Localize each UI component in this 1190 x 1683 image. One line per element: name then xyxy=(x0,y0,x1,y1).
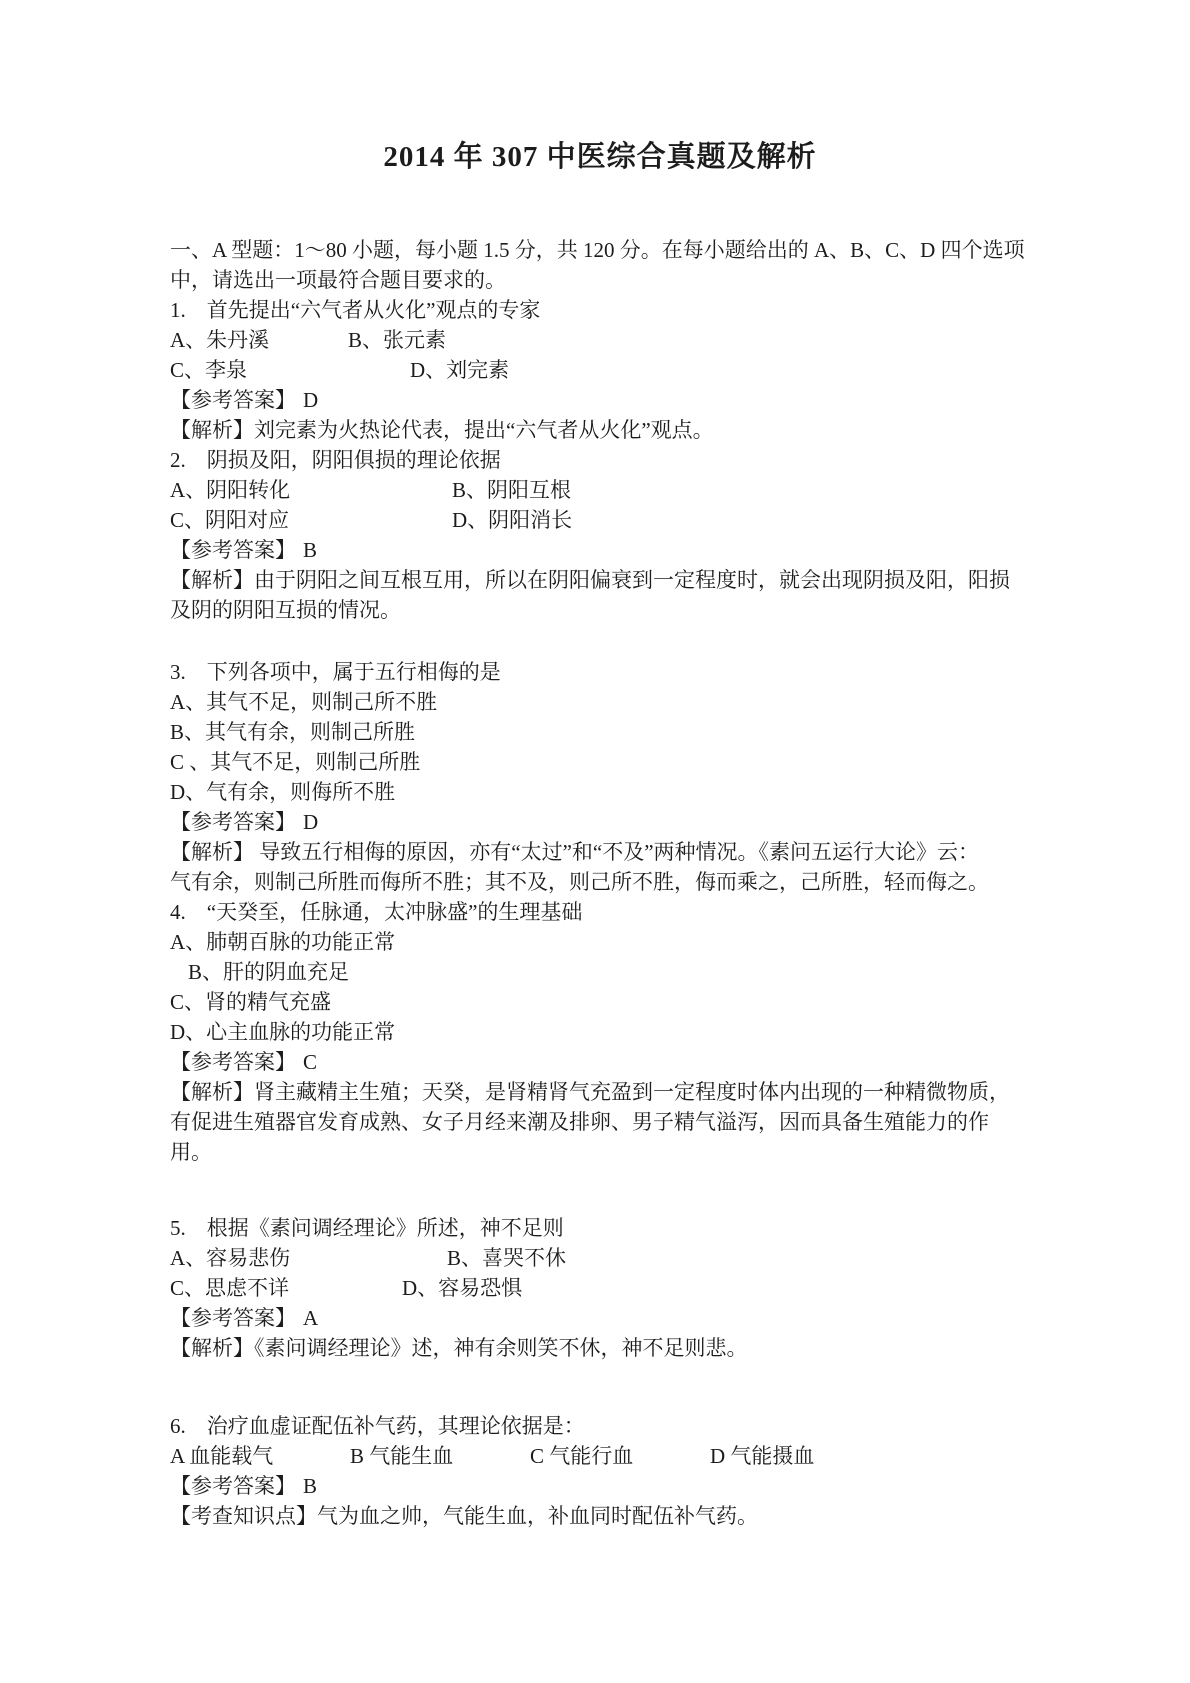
q5-analysis-line-1: 【解析】《素问调经理论》述，神有余则笑不休，神不足则悲。 xyxy=(170,1333,1030,1363)
q6-answer-line: 【参考答案】B xyxy=(170,1471,1030,1501)
q5-answer-line: 【参考答案】A xyxy=(170,1303,1030,1333)
q5-option-c: C、思虑不详 xyxy=(170,1273,402,1303)
q4-answer-line: 【参考答案】C xyxy=(170,1047,1030,1077)
question-2: 2. 阴损及阳，阴阳俱损的理论依据 A、阴阳转化B、阴阳互根 C、阴阳对应D、阴… xyxy=(170,445,1030,625)
q1-analysis-line-1: 【解析】刘完素为火热论代表，提出“六气者从火化”观点。 xyxy=(170,415,1030,445)
question-6: 6. 治疗血虚证配伍补气药，其理论依据是： A 血能载气B 气能生血C 气能行血… xyxy=(170,1411,1030,1531)
question-4: 4. “天癸至，任脉通，太冲脉盛”的生理基础 A、肺朝百脉的功能正常 B、肝的阴… xyxy=(170,897,1030,1167)
q1-option-b: B、张元素 xyxy=(348,325,446,355)
q5-option-b: B、喜哭不休 xyxy=(447,1243,566,1273)
q3-answer-value: D xyxy=(303,810,318,834)
question-3: 3. 下列各项中，属于五行相侮的是 A、其气不足，则制己所不胜 B、其气有余，则… xyxy=(170,657,1030,897)
q3-stem: 3. 下列各项中，属于五行相侮的是 xyxy=(170,657,1030,687)
q4-answer-label: 【参考答案】 xyxy=(170,1050,296,1074)
q1-option-d: D、刘完素 xyxy=(410,355,509,385)
page-title: 2014 年 307 中医综合真题及解析 xyxy=(170,134,1030,175)
q5-answer-value: A xyxy=(303,1306,318,1330)
q2-option-c: C、阴阳对应 xyxy=(170,505,452,535)
question-5: 5. 根据《素问调经理论》所述，神不足则 A、容易悲伤B、喜哭不休 C、思虑不详… xyxy=(170,1213,1030,1363)
q1-option-c: C、李泉 xyxy=(170,355,410,385)
section-intro-line-1: 一、A 型题：1～80 小题，每小题 1.5 分，共 120 分。在每小题给出的… xyxy=(170,235,1030,265)
q4-analysis-line-2: 有促进生殖器官发育成熟、女子月经来潮及排卵、男子精气溢泻，因而具备生殖能力的作用… xyxy=(170,1107,1030,1167)
q6-option-a: A 血能载气 xyxy=(170,1441,350,1471)
q6-option-d: D 气能摄血 xyxy=(710,1441,814,1471)
q2-option-a: A、阴阳转化 xyxy=(170,475,452,505)
q2-answer-line: 【参考答案】B xyxy=(170,535,1030,565)
exam-content: 一、A 型题：1～80 小题，每小题 1.5 分，共 120 分。在每小题给出的… xyxy=(170,235,1030,1531)
q1-options-row-2: C、李泉D、刘完素 xyxy=(170,355,1030,385)
q1-stem: 1. 首先提出“六气者从火化”观点的专家 xyxy=(170,295,1030,325)
q3-analysis-line-2: 气有余，则制己所胜而侮所不胜；其不及，则己所不胜，侮而乘之，己所胜，轻而侮之。 xyxy=(170,867,1030,897)
q3-analysis-line-1: 【解析】 导致五行相侮的原因，亦有“太过”和“不及”两种情况。《素问五运行大论》… xyxy=(170,837,1030,867)
q2-answer-value: B xyxy=(303,538,317,562)
q3-answer-line: 【参考答案】D xyxy=(170,807,1030,837)
q6-answer-value: B xyxy=(303,1474,317,1498)
q1-answer-line: 【参考答案】D xyxy=(170,385,1030,415)
q5-option-a: A、容易悲伤 xyxy=(170,1243,447,1273)
q2-options-row-2: C、阴阳对应D、阴阳消长 xyxy=(170,505,1030,535)
q3-option-b: B、其气有余，则制己所胜 xyxy=(170,717,1030,747)
q1-options-row-1: A、朱丹溪B、张元素 xyxy=(170,325,1030,355)
q2-analysis-line-2: 及阴的阴阳互损的情况。 xyxy=(170,595,1030,625)
q4-answer-value: C xyxy=(303,1050,317,1074)
q6-answer-label: 【参考答案】 xyxy=(170,1474,296,1498)
q6-option-c: C 气能行血 xyxy=(530,1441,710,1471)
q4-option-d: D、心主血脉的功能正常 xyxy=(170,1017,1030,1047)
q5-options-row-1: A、容易悲伤B、喜哭不休 xyxy=(170,1243,1030,1273)
document-page: 2014 年 307 中医综合真题及解析 一、A 型题：1～80 小题，每小题 … xyxy=(0,0,1190,1531)
q4-option-c: C、肾的精气充盛 xyxy=(170,987,1030,1017)
q3-option-c: C 、其气不足，则制己所胜 xyxy=(170,747,1030,777)
q3-option-a: A、其气不足，则制己所不胜 xyxy=(170,687,1030,717)
q1-option-a: A、朱丹溪 xyxy=(170,325,348,355)
q5-options-row-2: C、思虑不详D、容易恐惧 xyxy=(170,1273,1030,1303)
q5-option-d: D、容易恐惧 xyxy=(402,1273,522,1303)
q3-option-d: D、气有余，则侮所不胜 xyxy=(170,777,1030,807)
q1-answer-value: D xyxy=(303,388,318,412)
question-1: 1. 首先提出“六气者从火化”观点的专家 A、朱丹溪B、张元素 C、李泉D、刘完… xyxy=(170,295,1030,445)
q4-stem: 4. “天癸至，任脉通，太冲脉盛”的生理基础 xyxy=(170,897,1030,927)
q2-answer-label: 【参考答案】 xyxy=(170,538,296,562)
q4-analysis-line-1: 【解析】肾主藏精主生殖；天癸，是肾精肾气充盈到一定程度时体内出现的一种精微物质， xyxy=(170,1077,1030,1107)
q4-option-b: B、肝的阴血充足 xyxy=(170,957,1030,987)
section-intro-line-2: 中，请选出一项最符合题目要求的。 xyxy=(170,265,1030,295)
q1-answer-label: 【参考答案】 xyxy=(170,388,296,412)
q2-option-d: D、阴阳消长 xyxy=(452,505,572,535)
q2-stem: 2. 阴损及阳，阴阳俱损的理论依据 xyxy=(170,445,1030,475)
q6-stem: 6. 治疗血虚证配伍补气药，其理论依据是： xyxy=(170,1411,1030,1441)
q6-analysis-line-1: 【考查知识点】气为血之帅，气能生血，补血同时配伍补气药。 xyxy=(170,1501,1030,1531)
q6-option-b: B 气能生血 xyxy=(350,1441,530,1471)
q5-answer-label: 【参考答案】 xyxy=(170,1306,296,1330)
q5-stem: 5. 根据《素问调经理论》所述，神不足则 xyxy=(170,1213,1030,1243)
q2-option-b: B、阴阳互根 xyxy=(452,475,571,505)
q6-options-row: A 血能载气B 气能生血C 气能行血D 气能摄血 xyxy=(170,1441,1030,1471)
q2-analysis-line-1: 【解析】由于阴阳之间互根互用，所以在阴阳偏衰到一定程度时，就会出现阴损及阳，阳损 xyxy=(170,565,1030,595)
q3-answer-label: 【参考答案】 xyxy=(170,810,296,834)
q4-option-a: A、肺朝百脉的功能正常 xyxy=(170,927,1030,957)
q2-options-row-1: A、阴阳转化B、阴阳互根 xyxy=(170,475,1030,505)
